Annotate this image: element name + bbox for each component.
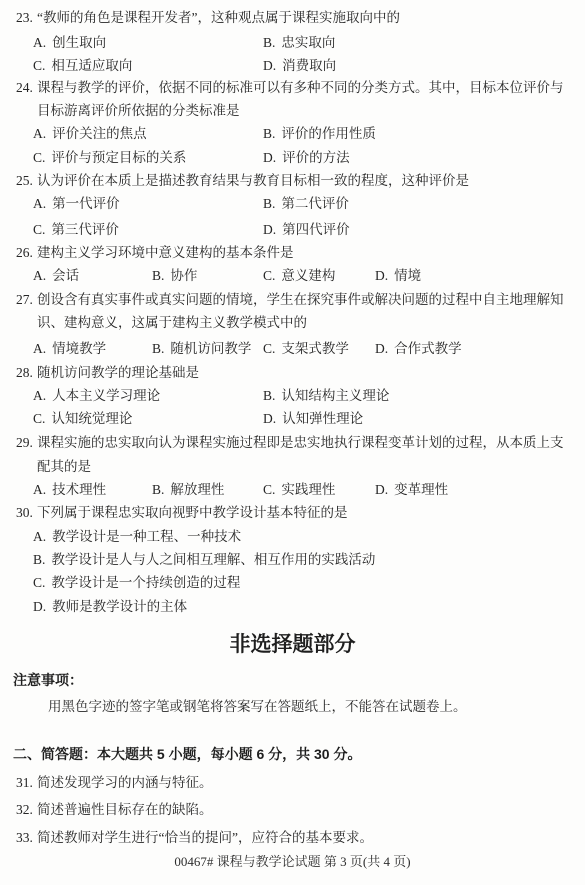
option-text: 变革理性 bbox=[394, 482, 448, 497]
option-text: 教学设计是一种工程、一种技术 bbox=[52, 529, 241, 544]
option-label: D. bbox=[263, 150, 276, 165]
notice-body: 用黑色字迹的签字笔或钢笔将答案写在答题纸上，不能答在试题卷上。 bbox=[48, 695, 467, 718]
option-text: 第二代评价 bbox=[281, 196, 349, 211]
question-23-option-a: A.创生取向 bbox=[33, 31, 106, 54]
option-label: C. bbox=[263, 482, 275, 497]
question-25-option-b: B.第二代评价 bbox=[263, 192, 349, 215]
option-text: 教师是教学设计的主体 bbox=[52, 599, 187, 614]
notice-title: 注意事项： bbox=[13, 669, 83, 692]
question-stem-text: 课程与教学的评价，依据不同的标准可以有多种不同的分类方式。其中，目标本位评价与 bbox=[37, 80, 564, 95]
option-text: 解放理性 bbox=[170, 482, 224, 497]
option-label: A. bbox=[33, 529, 46, 544]
option-label: B. bbox=[263, 35, 275, 50]
question-23-option-b: B.忠实取向 bbox=[263, 31, 335, 54]
question-27-option-b: B.随机访问教学 bbox=[152, 337, 251, 360]
question-26-option-d: D.情境 bbox=[375, 264, 421, 287]
section-divider-title: 非选择题部分 bbox=[0, 631, 585, 659]
option-text: 第四代评价 bbox=[282, 222, 350, 237]
option-label: A. bbox=[33, 388, 46, 403]
question-28-option-a: A.人本主义学习理论 bbox=[33, 384, 160, 407]
option-text: 第三代评价 bbox=[51, 222, 119, 237]
question-30-option-b: B.教学设计是人与人之间相互理解、相互作用的实践活动 bbox=[33, 548, 375, 571]
question-29-option-b: B.解放理性 bbox=[152, 478, 224, 501]
question-stem-text: 随机访问教学的理论基础是 bbox=[37, 365, 199, 380]
exam-page: 23.“教师的角色是课程开发者”，这种观点属于课程实施取向中的 A.创生取向 B… bbox=[0, 0, 585, 885]
question-29-stem-line-2: 配其的是 bbox=[37, 455, 91, 478]
question-33: 33.简述教师对学生进行“恰当的提问”，应符合的基本要求。 bbox=[16, 826, 373, 849]
question-number: 23. bbox=[16, 6, 37, 29]
option-label: C. bbox=[33, 58, 45, 73]
option-label: D. bbox=[263, 411, 276, 426]
question-32: 32.简述普遍性目标存在的缺陷。 bbox=[16, 798, 213, 821]
question-stem-text: 建构主义学习环境中意义建构的基本条件是 bbox=[37, 245, 294, 260]
option-text: 评价的作用性质 bbox=[281, 126, 376, 141]
option-text: 协作 bbox=[170, 268, 197, 283]
question-number: 29. bbox=[16, 431, 37, 454]
option-label: B. bbox=[152, 482, 164, 497]
option-text: 意义建构 bbox=[281, 268, 335, 283]
option-text: 消费取向 bbox=[282, 58, 336, 73]
question-stem-text: “教师的角色是课程开发者”，这种观点属于课程实施取向中的 bbox=[37, 10, 400, 25]
option-label: A. bbox=[33, 341, 46, 356]
question-25-option-a: A.第一代评价 bbox=[33, 192, 120, 215]
option-text: 创生取向 bbox=[52, 35, 106, 50]
question-28-option-c: C.认知统觉理论 bbox=[33, 407, 132, 430]
page-footer: 00467# 课程与教学论试题 第 3 页(共 4 页) bbox=[0, 851, 585, 870]
option-text: 认知统觉理论 bbox=[51, 411, 132, 426]
question-23-stem: 23.“教师的角色是课程开发者”，这种观点属于课程实施取向中的 bbox=[16, 6, 400, 29]
option-label: D. bbox=[375, 268, 388, 283]
option-label: B. bbox=[152, 341, 164, 356]
question-26-option-b: B.协作 bbox=[152, 264, 197, 287]
question-number: 24. bbox=[16, 76, 37, 99]
question-text: 简述教师对学生进行“恰当的提问”，应符合的基本要求。 bbox=[37, 830, 373, 845]
question-number: 31. bbox=[16, 771, 37, 794]
option-label: C. bbox=[263, 341, 275, 356]
question-number: 26. bbox=[16, 241, 37, 264]
question-29-option-a: A.技术理性 bbox=[33, 478, 106, 501]
question-27-option-a: A.情境教学 bbox=[33, 337, 106, 360]
question-24-option-d: D.评价的方法 bbox=[263, 146, 350, 169]
question-number: 30. bbox=[16, 501, 37, 524]
option-label: A. bbox=[33, 268, 46, 283]
question-23-option-d: D.消费取向 bbox=[263, 54, 336, 77]
question-30-option-c: C.教学设计是一个持续创造的过程 bbox=[33, 571, 240, 594]
question-number: 32. bbox=[16, 798, 37, 821]
option-label: B. bbox=[263, 126, 275, 141]
question-25-option-d: D.第四代评价 bbox=[263, 218, 350, 241]
question-30-option-d: D.教师是教学设计的主体 bbox=[33, 595, 187, 618]
option-text: 认知弹性理论 bbox=[282, 411, 363, 426]
option-label: D. bbox=[375, 482, 388, 497]
question-28-stem: 28.随机访问教学的理论基础是 bbox=[16, 361, 199, 384]
question-27-stem-line-1: 27.创设含有真实事件或真实问题的情境，学生在探究事件或解决问题的过程中自主地理… bbox=[16, 288, 564, 311]
question-28-option-b: B.认知结构主义理论 bbox=[263, 384, 389, 407]
question-24-stem-line-1: 24.课程与教学的评价，依据不同的标准可以有多种不同的分类方式。其中，目标本位评… bbox=[16, 76, 564, 99]
option-label: D. bbox=[33, 599, 46, 614]
option-label: D. bbox=[263, 58, 276, 73]
question-25-option-c: C.第三代评价 bbox=[33, 218, 119, 241]
option-label: D. bbox=[263, 222, 276, 237]
question-stem-text: 下列属于课程忠实取向视野中教学设计基本特征的是 bbox=[37, 505, 348, 520]
option-text: 相互适应取向 bbox=[51, 58, 132, 73]
question-27-option-d: D.合作式教学 bbox=[375, 337, 462, 360]
question-stem-text: 课程实施的忠实取向认为课程实施过程即是忠实地执行课程变革计划的过程，从本质上支 bbox=[37, 435, 564, 450]
question-number: 33. bbox=[16, 826, 37, 849]
option-label: A. bbox=[33, 35, 46, 50]
option-label: B. bbox=[263, 196, 275, 211]
option-label: C. bbox=[33, 575, 45, 590]
question-24-option-a: A.评价关注的焦点 bbox=[33, 122, 147, 145]
option-label: C. bbox=[263, 268, 275, 283]
option-text: 教学设计是人与人之间相互理解、相互作用的实践活动 bbox=[51, 552, 375, 567]
option-text: 技术理性 bbox=[52, 482, 106, 497]
question-stem-text: 认为评价在本质上是描述教育结果与教育目标相一致的程度，这种评价是 bbox=[37, 173, 469, 188]
question-text: 简述发现学习的内涵与特征。 bbox=[37, 775, 213, 790]
option-label: A. bbox=[33, 482, 46, 497]
question-stem-text: 创设含有真实事件或真实问题的情境，学生在探究事件或解决问题的过程中自主地理解知 bbox=[37, 292, 564, 307]
option-text: 认知结构主义理论 bbox=[281, 388, 389, 403]
option-label: D. bbox=[375, 341, 388, 356]
option-text: 支架式教学 bbox=[281, 341, 349, 356]
question-text: 简述普遍性目标存在的缺陷。 bbox=[37, 802, 213, 817]
option-text: 评价与预定目标的关系 bbox=[51, 150, 186, 165]
option-label: B. bbox=[263, 388, 275, 403]
question-30-stem: 30.下列属于课程忠实取向视野中教学设计基本特征的是 bbox=[16, 501, 348, 524]
option-label: C. bbox=[33, 222, 45, 237]
question-26-option-c: C.意义建构 bbox=[263, 264, 335, 287]
option-text: 第一代评价 bbox=[52, 196, 120, 211]
option-text: 随机访问教学 bbox=[170, 341, 251, 356]
option-label: B. bbox=[33, 552, 45, 567]
question-24-option-c: C.评价与预定目标的关系 bbox=[33, 146, 186, 169]
question-27-option-c: C.支架式教学 bbox=[263, 337, 349, 360]
question-number: 27. bbox=[16, 288, 37, 311]
question-31: 31.简述发现学习的内涵与特征。 bbox=[16, 771, 213, 794]
question-26-stem: 26.建构主义学习环境中意义建构的基本条件是 bbox=[16, 241, 294, 264]
question-24-option-b: B.评价的作用性质 bbox=[263, 122, 376, 145]
question-29-option-c: C.实践理性 bbox=[263, 478, 335, 501]
question-24-stem-line-2: 目标游离评价所依据的分类标准是 bbox=[37, 99, 240, 122]
option-label: A. bbox=[33, 126, 46, 141]
option-text: 情境教学 bbox=[52, 341, 106, 356]
option-label: B. bbox=[152, 268, 164, 283]
option-label: A. bbox=[33, 196, 46, 211]
option-text: 忠实取向 bbox=[281, 35, 335, 50]
option-text: 评价关注的焦点 bbox=[52, 126, 147, 141]
option-text: 会话 bbox=[52, 268, 79, 283]
option-text: 评价的方法 bbox=[282, 150, 350, 165]
option-label: C. bbox=[33, 411, 45, 426]
question-28-option-d: D.认知弹性理论 bbox=[263, 407, 363, 430]
question-29-stem-line-1: 29.课程实施的忠实取向认为课程实施过程即是忠实地执行课程变革计划的过程，从本质… bbox=[16, 431, 564, 454]
option-text: 合作式教学 bbox=[394, 341, 462, 356]
question-number: 25. bbox=[16, 169, 37, 192]
option-text: 情境 bbox=[394, 268, 421, 283]
option-text: 实践理性 bbox=[281, 482, 335, 497]
question-23-option-c: C.相互适应取向 bbox=[33, 54, 132, 77]
question-27-stem-line-2: 识、建构意义，这属于建构主义教学模式中的 bbox=[37, 311, 307, 334]
question-29-option-d: D.变革理性 bbox=[375, 478, 448, 501]
question-30-option-a: A.教学设计是一种工程、一种技术 bbox=[33, 525, 241, 548]
question-26-option-a: A.会话 bbox=[33, 264, 79, 287]
section-two-title: 二、简答题：本大题共 5 小题，每小题 6 分，共 30 分。 bbox=[13, 743, 361, 766]
question-number: 28. bbox=[16, 361, 37, 384]
question-25-stem: 25.认为评价在本质上是描述教育结果与教育目标相一致的程度，这种评价是 bbox=[16, 169, 469, 192]
option-text: 教学设计是一个持续创造的过程 bbox=[51, 575, 240, 590]
option-label: C. bbox=[33, 150, 45, 165]
option-text: 人本主义学习理论 bbox=[52, 388, 160, 403]
